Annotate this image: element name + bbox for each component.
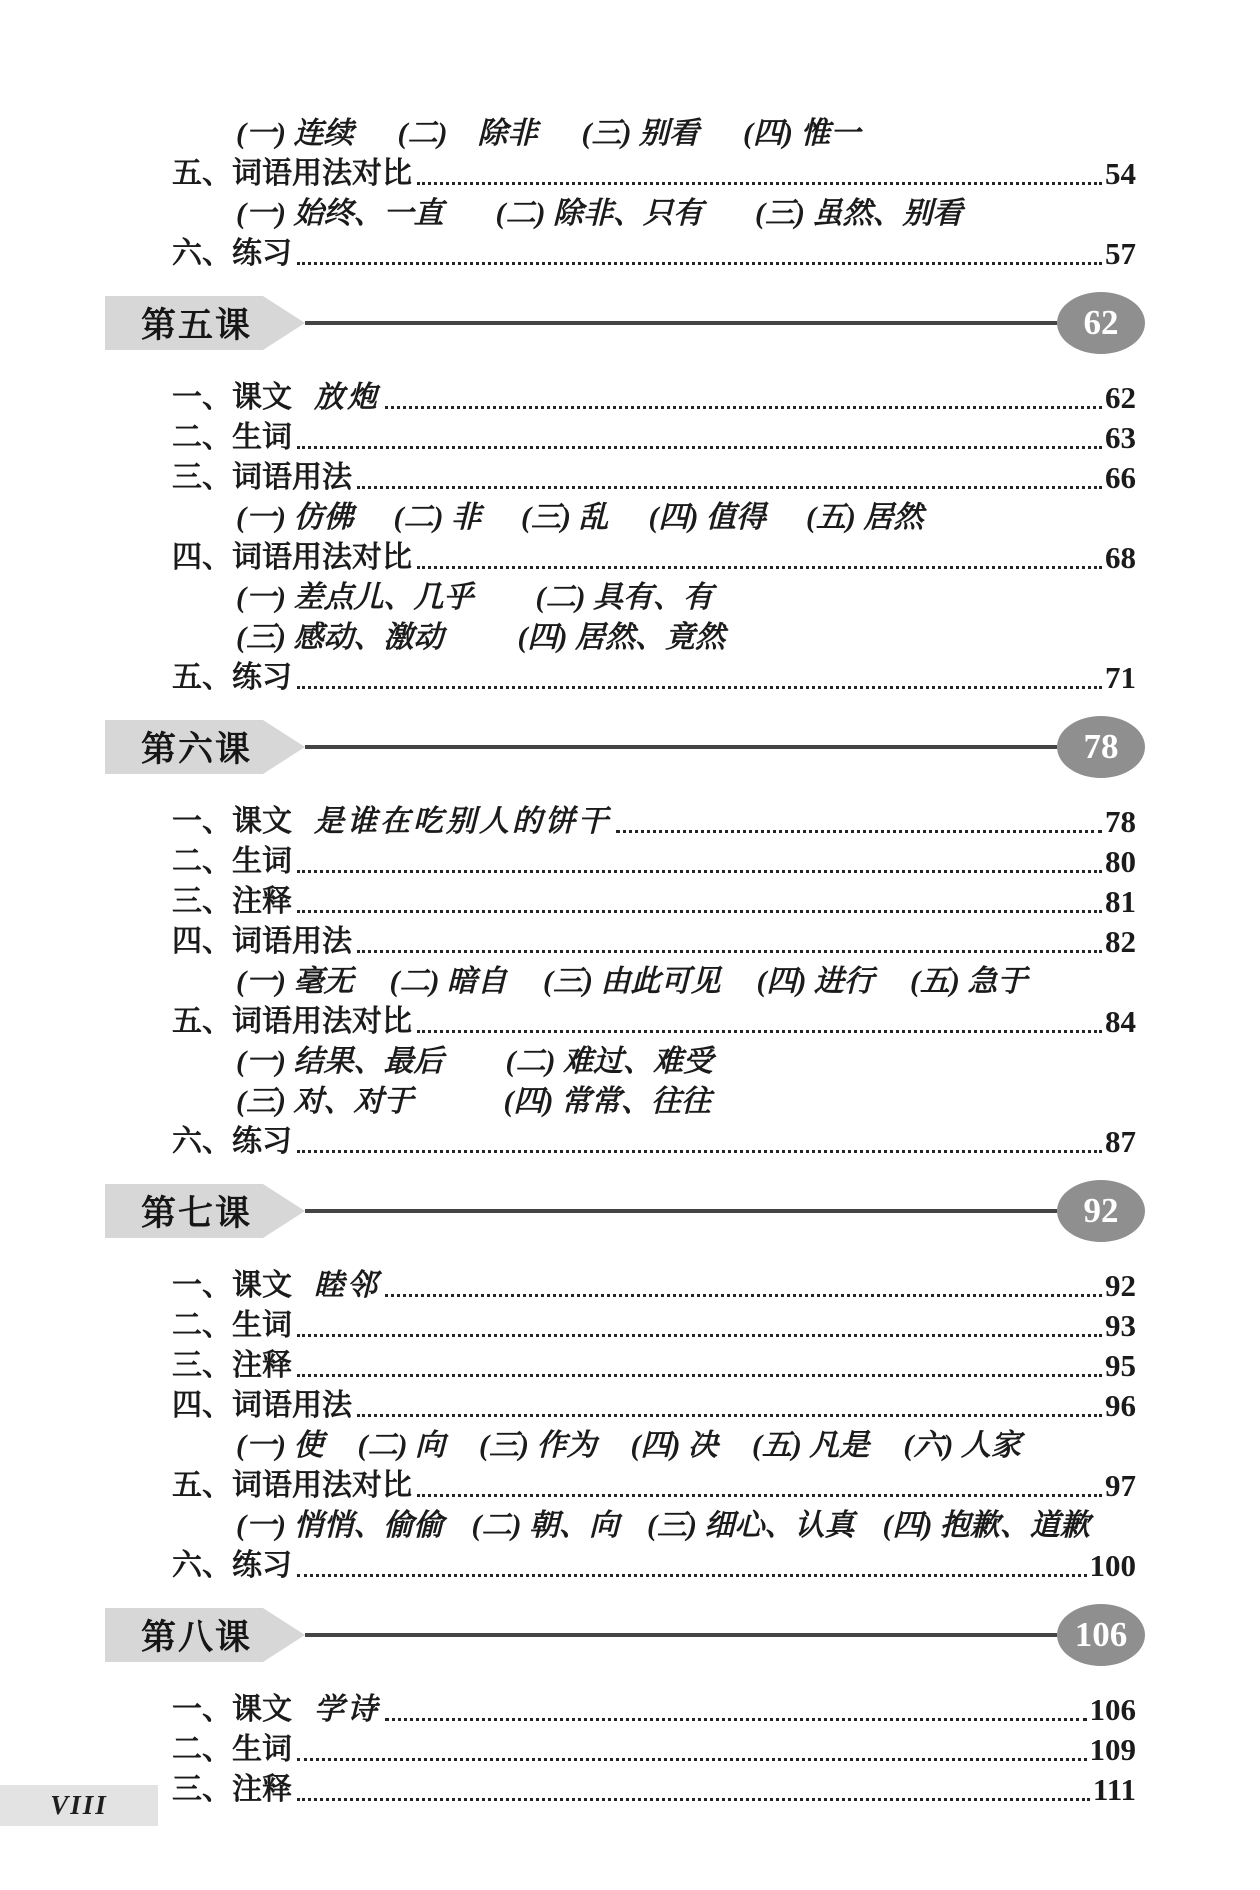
section-title: 第六课	[141, 722, 252, 772]
toc-entry-label: 三、注释	[172, 883, 292, 920]
toc-subentry-row: (一) 差点儿、几乎(二) 具有、有	[0, 576, 1260, 616]
toc-entry-page: 100	[1090, 1547, 1137, 1584]
dotted-leader	[297, 1374, 1102, 1377]
toc-entry-label: 四、词语用法	[172, 923, 352, 960]
toc-entry-page: 92	[1105, 1267, 1136, 1304]
toc-entry: 一、课文 放炮 62	[0, 376, 1260, 416]
page-number-bar: VIII	[0, 1785, 158, 1826]
section-banner: 第五课	[105, 296, 305, 350]
toc-entry-label: 一、课文	[172, 1691, 292, 1728]
section-header: 第八课 106	[0, 1604, 1260, 1666]
toc-entry: 三、词语用法 66	[0, 456, 1260, 496]
toc-subitem: (二) 具有、有	[535, 579, 712, 616]
dotted-leader	[417, 1494, 1102, 1497]
section-title: 第五课	[141, 298, 252, 348]
toc-entry: 一、课文 睦邻 92	[0, 1264, 1260, 1304]
dotted-leader	[385, 1294, 1102, 1297]
toc-subitem: (二) 朝、向	[471, 1507, 618, 1544]
toc-subentry-row: (三) 感动、激动(四) 居然、竟然	[0, 616, 1260, 656]
toc-entry-label: 二、生词	[172, 843, 292, 880]
toc-subitem: (二) 除非	[397, 115, 537, 152]
toc-subitem: (一) 差点儿、几乎	[236, 579, 473, 616]
table-of-contents: (一) 连续(二) 除非(三) 别看(四) 惟一 五、词语用法对比 54 (一)…	[0, 112, 1260, 1808]
toc-entry: 四、词语用法对比 68	[0, 536, 1260, 576]
toc-entry: 三、注释 95	[0, 1344, 1260, 1384]
dotted-leader	[417, 1030, 1102, 1033]
toc-entry-lesson-title: 放炮	[314, 379, 380, 416]
toc-entry-label: 五、练习	[172, 659, 292, 696]
toc-subitem: (一) 连续	[236, 115, 353, 152]
dotted-leader	[417, 566, 1102, 569]
toc-subitem: (二) 难过、难受	[505, 1043, 712, 1080]
toc-entry-page: 80	[1105, 843, 1136, 880]
toc-entry: 一、课文 是谁在吃别人的饼干 78	[0, 800, 1260, 840]
section-page-badge: 106	[1057, 1604, 1145, 1666]
toc-entry-page: 78	[1105, 803, 1136, 840]
dotted-leader	[297, 1758, 1087, 1761]
toc-subentry-row: (一) 毫无(二) 暗自(三) 由此可见(四) 进行(五) 急于	[0, 960, 1260, 1000]
toc-subitem: (一) 悄悄、偷偷	[236, 1507, 443, 1544]
toc-page: (一) 连续(二) 除非(三) 别看(四) 惟一 五、词语用法对比 54 (一)…	[0, 0, 1260, 1890]
dotted-leader	[417, 182, 1102, 185]
toc-subitem: (一) 结果、最后	[236, 1043, 443, 1080]
toc-entry-page: 111	[1093, 1771, 1136, 1808]
toc-subitem: (三) 别看	[581, 115, 698, 152]
section-rule-line	[305, 745, 1057, 749]
toc-entry-page: 95	[1105, 1347, 1136, 1384]
toc-subitem: (五) 急于	[910, 963, 1027, 1000]
toc-subitem: (一) 仿佛	[236, 499, 353, 536]
toc-subitem: (二) 除非、只有	[495, 195, 702, 232]
toc-subitem: (二) 向	[357, 1427, 444, 1464]
toc-subitem: (三) 由此可见	[543, 963, 720, 1000]
section-page-badge: 78	[1057, 716, 1145, 778]
toc-entry-label: 四、词语用法对比	[172, 539, 412, 576]
toc-entry: 五、词语用法对比 84	[0, 1000, 1260, 1040]
toc-subitem: (一) 毫无	[236, 963, 353, 1000]
toc-entry-page: 106	[1090, 1691, 1137, 1728]
toc-subentry-row: (一) 悄悄、偷偷(二) 朝、向(三) 细心、认真(四) 抱歉、道歉	[0, 1504, 1260, 1544]
toc-entry: 二、生词 109	[0, 1728, 1260, 1768]
toc-entry: 五、练习 71	[0, 656, 1260, 696]
section-header: 第六课 78	[0, 716, 1260, 778]
section-rule-line	[305, 321, 1057, 325]
toc-entry-label: 六、练习	[172, 1123, 292, 1160]
dotted-leader	[297, 1150, 1102, 1153]
toc-subentry-row: (一) 连续(二) 除非(三) 别看(四) 惟一	[0, 112, 1260, 152]
toc-subitem: (四) 进行	[756, 963, 873, 1000]
toc-subitem: (四) 值得	[648, 499, 765, 536]
page-number-roman: VIII	[50, 1790, 108, 1821]
section-banner: 第七课	[105, 1184, 305, 1238]
section-header: 第五课 62	[0, 292, 1260, 354]
section-rule-line	[305, 1209, 1057, 1213]
toc-entry-label: 一、课文	[172, 803, 292, 840]
toc-entry: 四、词语用法 82	[0, 920, 1260, 960]
toc-entry-label: 三、注释	[172, 1347, 292, 1384]
toc-entry-page: 81	[1105, 883, 1136, 920]
toc-entry-page: 54	[1105, 155, 1136, 192]
section-title: 第八课	[141, 1610, 252, 1660]
section-banner: 第六课	[105, 720, 305, 774]
toc-entry-label: 六、练习	[172, 235, 292, 272]
toc-subitem: (三) 对、对于	[236, 1083, 413, 1120]
toc-subentry-row: (三) 对、对于(四) 常常、往往	[0, 1080, 1260, 1120]
toc-entry-page: 68	[1105, 539, 1136, 576]
toc-entry-label: 六、练习	[172, 1547, 292, 1584]
toc-entry: 六、练习 87	[0, 1120, 1260, 1160]
toc-entry-page: 82	[1105, 923, 1136, 960]
toc-subitem: (三) 乱	[521, 499, 608, 536]
dotted-leader	[297, 910, 1102, 913]
toc-subitem: (一) 使	[236, 1427, 323, 1464]
toc-entry-label: 四、词语用法	[172, 1387, 352, 1424]
toc-entry-label: 三、词语用法	[172, 459, 352, 496]
toc-entry-label: 五、词语用法对比	[172, 155, 412, 192]
dotted-leader	[297, 446, 1102, 449]
toc-entry: 二、生词 93	[0, 1304, 1260, 1344]
section-banner: 第八课	[105, 1608, 305, 1662]
toc-entry-page: 96	[1105, 1387, 1136, 1424]
toc-subentry-row: (一) 始终、一直(二) 除非、只有(三) 虽然、别看	[0, 192, 1260, 232]
toc-entry-page: 57	[1105, 235, 1136, 272]
dotted-leader	[297, 262, 1102, 265]
dotted-leader	[297, 1798, 1090, 1801]
toc-entry-page: 71	[1105, 659, 1136, 696]
toc-subentry-row: (一) 使(二) 向(三) 作为(四) 决(五) 凡是(六) 人家	[0, 1424, 1260, 1464]
toc-entry-page: 63	[1105, 419, 1136, 456]
toc-entry: 六、练习 100	[0, 1544, 1260, 1584]
section-rule-line	[305, 1633, 1057, 1637]
toc-entry-label: 一、课文	[172, 379, 292, 416]
toc-subitem: (三) 感动、激动	[236, 619, 443, 656]
toc-subitem: (四) 常常、往往	[503, 1083, 710, 1120]
dotted-leader	[385, 406, 1102, 409]
toc-subitem: (三) 作为	[479, 1427, 596, 1464]
toc-entry-page: 66	[1105, 459, 1136, 496]
toc-entry-label: 一、课文	[172, 1267, 292, 1304]
toc-subitem: (三) 细心、认真	[647, 1507, 854, 1544]
section-page-badge: 62	[1057, 292, 1145, 354]
toc-entry-label: 二、生词	[172, 1307, 292, 1344]
toc-entry-page: 84	[1105, 1003, 1136, 1040]
toc-entry: 五、词语用法对比 97	[0, 1464, 1260, 1504]
toc-entry: 五、词语用法对比 54	[0, 152, 1260, 192]
toc-subitem: (三) 虽然、别看	[755, 195, 962, 232]
toc-entry: 四、词语用法 96	[0, 1384, 1260, 1424]
section-title: 第七课	[141, 1186, 252, 1236]
toc-entry-label: 五、词语用法对比	[172, 1467, 412, 1504]
toc-subentry-row: (一) 仿佛(二) 非(三) 乱(四) 值得(五) 居然	[0, 496, 1260, 536]
toc-entry-page: 97	[1105, 1467, 1136, 1504]
toc-subitem: (一) 始终、一直	[236, 195, 443, 232]
toc-entry-lesson-title: 学诗	[314, 1691, 380, 1728]
toc-entry-page: 109	[1090, 1731, 1137, 1768]
toc-subitem: (六) 人家	[903, 1427, 1020, 1464]
toc-entry: 六、练习 57	[0, 232, 1260, 272]
toc-subitem: (四) 抱歉、道歉	[882, 1507, 1089, 1544]
toc-entry: 二、生词 63	[0, 416, 1260, 456]
toc-entry-lesson-title: 睦邻	[314, 1267, 380, 1304]
toc-subitem: (四) 居然、竟然	[517, 619, 724, 656]
toc-subitem: (五) 凡是	[752, 1427, 869, 1464]
toc-entry: 一、课文 学诗 106	[0, 1688, 1260, 1728]
section-header: 第七课 92	[0, 1180, 1260, 1242]
dotted-leader	[297, 686, 1102, 689]
toc-subitem: (四) 决	[630, 1427, 717, 1464]
dotted-leader	[385, 1718, 1087, 1721]
dotted-leader	[616, 830, 1102, 833]
dotted-leader	[357, 1414, 1102, 1417]
toc-entry: 三、注释 111	[0, 1768, 1260, 1808]
toc-entry-page: 87	[1105, 1123, 1136, 1160]
toc-entry-lesson-title: 是谁在吃别人的饼干	[314, 803, 611, 840]
toc-entry-label: 二、生词	[172, 1731, 292, 1768]
dotted-leader	[297, 1334, 1102, 1337]
toc-subitem: (四) 惟一	[743, 115, 860, 152]
toc-subitem: (二) 非	[393, 499, 480, 536]
section-page-badge: 92	[1057, 1180, 1145, 1242]
toc-entry-page: 93	[1105, 1307, 1136, 1344]
toc-subitem: (二) 暗自	[389, 963, 506, 1000]
dotted-leader	[297, 870, 1102, 873]
toc-entry-label: 二、生词	[172, 419, 292, 456]
dotted-leader	[297, 1574, 1087, 1577]
dotted-leader	[357, 486, 1102, 489]
toc-entry-label: 三、注释	[172, 1771, 292, 1808]
toc-subitem: (五) 居然	[806, 499, 923, 536]
toc-entry-label: 五、词语用法对比	[172, 1003, 412, 1040]
toc-subentry-row: (一) 结果、最后(二) 难过、难受	[0, 1040, 1260, 1080]
dotted-leader	[357, 950, 1102, 953]
toc-entry-page: 62	[1105, 379, 1136, 416]
toc-entry: 三、注释 81	[0, 880, 1260, 920]
toc-entry: 二、生词 80	[0, 840, 1260, 880]
